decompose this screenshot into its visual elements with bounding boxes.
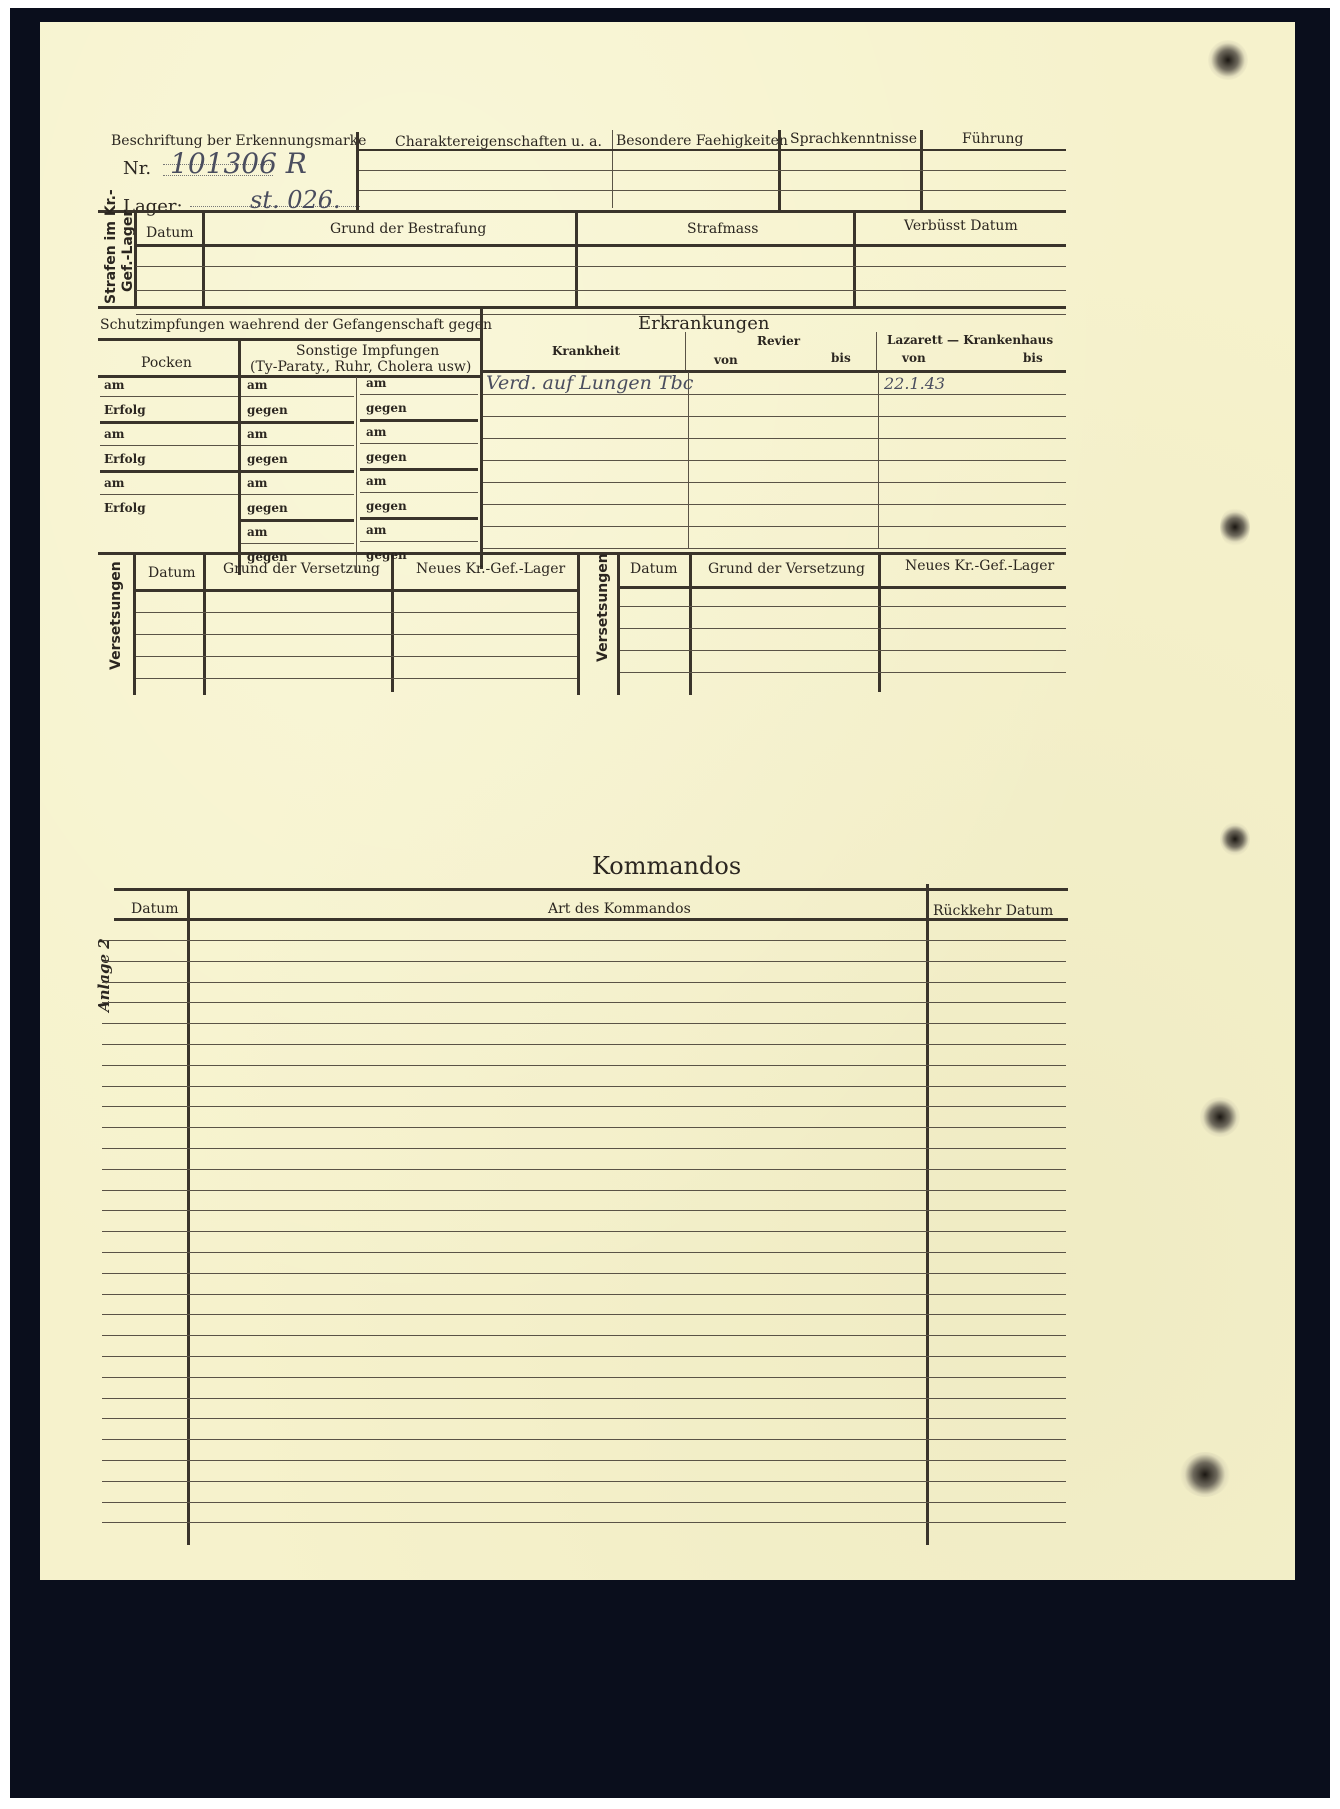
anlage-label: Anlage 2 (95, 938, 113, 1012)
rule (483, 482, 1066, 483)
col-charaktereigenschaften: Charaktereigenschaften u. a. (395, 135, 602, 149)
rule (102, 1398, 1066, 1399)
col-sprachkenntnisse: Sprachkenntnisse (790, 132, 917, 146)
divider (133, 555, 136, 695)
pocken-row-label: Erfolg (104, 453, 146, 465)
rule (102, 1148, 1066, 1149)
col-art-des-kommandos: Art des Kommandos (548, 902, 691, 916)
rule (359, 190, 1066, 191)
revier-von-label: von (714, 354, 738, 366)
rule (136, 678, 577, 679)
rule (98, 338, 480, 341)
rule (483, 548, 1066, 549)
rule (102, 1335, 1066, 1336)
divider (876, 332, 877, 372)
rule (102, 1460, 1066, 1461)
sonstige-row-label: am (366, 475, 386, 487)
sonstige-row-label: am (247, 526, 267, 538)
col-grund-right: Grund der Versetzung (708, 562, 865, 576)
rule (241, 519, 354, 522)
pocken-row-label: am (104, 477, 124, 489)
rule (620, 606, 1066, 607)
rule (102, 1002, 1066, 1003)
krankheit-label: Krankheit (552, 345, 620, 357)
lager-value[interactable]: st. 026. (250, 188, 341, 212)
rule (136, 656, 577, 657)
sonstige-label-1: Sonstige Impfungen (296, 344, 439, 358)
punch-hole (1220, 822, 1250, 856)
rule (102, 982, 1066, 983)
sonstige-row-label: am (247, 477, 267, 489)
sonstige-row-label: gegen (366, 549, 407, 561)
divider (391, 555, 394, 692)
col-rueckkehr-datum: Rückkehr Datum (933, 904, 1053, 918)
rule (241, 470, 354, 473)
rule (102, 961, 1066, 962)
divider (134, 212, 137, 307)
divider (356, 132, 359, 212)
rule (100, 421, 238, 424)
rule (102, 1127, 1066, 1128)
rule (241, 445, 354, 446)
pocken-row-label: Erfolg (104, 502, 146, 514)
rule (360, 419, 478, 422)
rule (483, 438, 1066, 439)
col-fuehrung: Führung (962, 132, 1023, 146)
rule (136, 314, 1066, 315)
rule (102, 1252, 1066, 1253)
sonstige-row-label: gegen (247, 502, 288, 514)
rule (620, 672, 1066, 673)
rule (100, 445, 238, 446)
versetzungen-side-label-left: Versetsungen (108, 561, 124, 670)
sonstige-row-label: gegen (247, 453, 288, 465)
rule (360, 394, 478, 395)
col-datum: Datum (146, 226, 194, 240)
rule (359, 149, 1066, 151)
lazarett-bis-label: bis (1023, 352, 1043, 364)
divider (575, 212, 578, 307)
rule (102, 1190, 1066, 1191)
sonstige-row-label: am (247, 379, 267, 391)
sonstige-row-label: am (366, 426, 386, 438)
rule (98, 306, 1066, 309)
sonstige-row-label: gegen (366, 500, 407, 512)
revier-label: Revier (757, 335, 800, 347)
revier-bis-label: bis (831, 352, 851, 364)
divider (926, 884, 929, 1545)
rule (102, 940, 1066, 941)
rule (102, 1044, 1066, 1045)
col-lager-right: Neues Kr.-Gef.-Lager (905, 559, 1054, 573)
lazarett-von-entry[interactable]: 22.1.43 (884, 376, 945, 392)
punch-hole (1200, 1097, 1240, 1137)
col-grund-der-bestrafung: Grund der Bestrafung (330, 222, 486, 236)
impfungen-title: Schutzimpfungen waehrend der Gefangensch… (100, 318, 492, 332)
col-datum-right: Datum (630, 562, 678, 576)
nr-label: Nr. (123, 160, 151, 178)
divider (612, 130, 613, 208)
lazarett-label: Lazarett — Krankenhaus (887, 334, 1053, 346)
divider (853, 212, 856, 307)
rule (102, 1273, 1066, 1274)
rule (98, 375, 480, 378)
rule (102, 1294, 1066, 1295)
rule (98, 552, 1066, 555)
rule (102, 1231, 1066, 1232)
rule (483, 526, 1066, 527)
divider (187, 890, 190, 1545)
rule (620, 628, 1066, 629)
rule (102, 1439, 1066, 1440)
divider (480, 309, 483, 569)
rule (483, 460, 1066, 461)
pocken-row-label: am (104, 428, 124, 440)
rule (360, 517, 478, 520)
rule (136, 244, 1066, 247)
versetzungen-side-label-right: Versetsungen (595, 553, 611, 662)
rule (241, 396, 354, 397)
rule (102, 1314, 1066, 1315)
rule (100, 396, 238, 397)
rule (102, 1023, 1066, 1024)
rule (102, 1522, 1066, 1523)
rule (241, 494, 354, 495)
sonstige-label-2: (Ty-Paraty., Ruhr, Cholera usw) (250, 360, 471, 374)
rule (102, 1502, 1066, 1503)
col-verbuesst-datum: Verbüsst Datum (904, 219, 1018, 233)
divider (203, 555, 206, 695)
rule (98, 210, 1066, 213)
sonstige-row-label: am (366, 377, 386, 389)
col-strafmass: Strafmass (687, 222, 758, 236)
col-besondere-faehigkeiten: Besondere Faehigkeiten (616, 134, 788, 148)
form-page: Beschriftung ber Erkennungsmarke Nr. 101… (40, 22, 1295, 1580)
rule (360, 541, 478, 542)
pocken-row-label: Erfolg (104, 404, 146, 416)
punch-hole (1208, 40, 1248, 80)
rule (102, 1106, 1066, 1107)
rule (241, 543, 354, 544)
rule (100, 494, 238, 495)
sonstige-row-label: am (247, 428, 267, 440)
rule (102, 1065, 1066, 1066)
col-lager-left: Neues Kr.-Gef.-Lager (416, 562, 565, 576)
divider (689, 555, 692, 695)
divider (577, 555, 580, 695)
rule (136, 266, 1066, 267)
erkennungsmarke-label: Beschriftung ber Erkennungsmarke (111, 134, 366, 148)
sonstige-row-label: gegen (247, 551, 288, 563)
divider (617, 555, 620, 695)
rule (241, 421, 354, 424)
rule (483, 416, 1066, 417)
rule (136, 589, 577, 592)
rule (102, 1356, 1066, 1357)
sonstige-row-label: am (366, 524, 386, 536)
divider (685, 332, 686, 372)
pocken-row-label: am (104, 379, 124, 391)
rule (100, 470, 238, 473)
sonstige-row-label: gegen (247, 404, 288, 416)
rule (102, 1418, 1066, 1419)
col-grund-left: Grund der Versetzung (223, 562, 380, 576)
rule (359, 170, 1066, 171)
strafen-side-label-1: Strafen im Kr.- (103, 189, 119, 304)
rule (102, 1481, 1066, 1482)
rule (620, 650, 1066, 651)
rule (360, 443, 478, 444)
sonstige-row-label: gegen (366, 451, 407, 463)
rule (114, 918, 1068, 921)
rule (102, 1086, 1066, 1087)
rule (483, 394, 1066, 395)
rule (483, 504, 1066, 505)
rule (102, 1377, 1066, 1378)
rule (136, 612, 577, 613)
divider (356, 377, 357, 572)
rule (136, 290, 1066, 291)
col-datum-left: Datum (148, 566, 196, 580)
rule (360, 468, 478, 471)
rule (136, 634, 577, 635)
punch-hole (1220, 507, 1250, 547)
erkrankungen-title: Erkrankungen (638, 315, 769, 333)
rule (114, 888, 1068, 891)
nr-value[interactable]: 101306 R (170, 150, 307, 178)
rule (102, 1210, 1066, 1211)
punch-hole (1180, 1452, 1230, 1497)
rule (620, 586, 1066, 589)
divider (202, 212, 205, 307)
krankheit-entry[interactable]: Verd. auf Lungen Tbc (486, 374, 693, 393)
rule (102, 1169, 1066, 1170)
sonstige-row-label: gegen (366, 402, 407, 414)
rule (360, 492, 478, 493)
lazarett-von-label: von (902, 352, 926, 364)
kommandos-title: Kommandos (592, 854, 741, 878)
col-datum: Datum (131, 902, 179, 916)
pocken-label: Pocken (141, 356, 192, 370)
